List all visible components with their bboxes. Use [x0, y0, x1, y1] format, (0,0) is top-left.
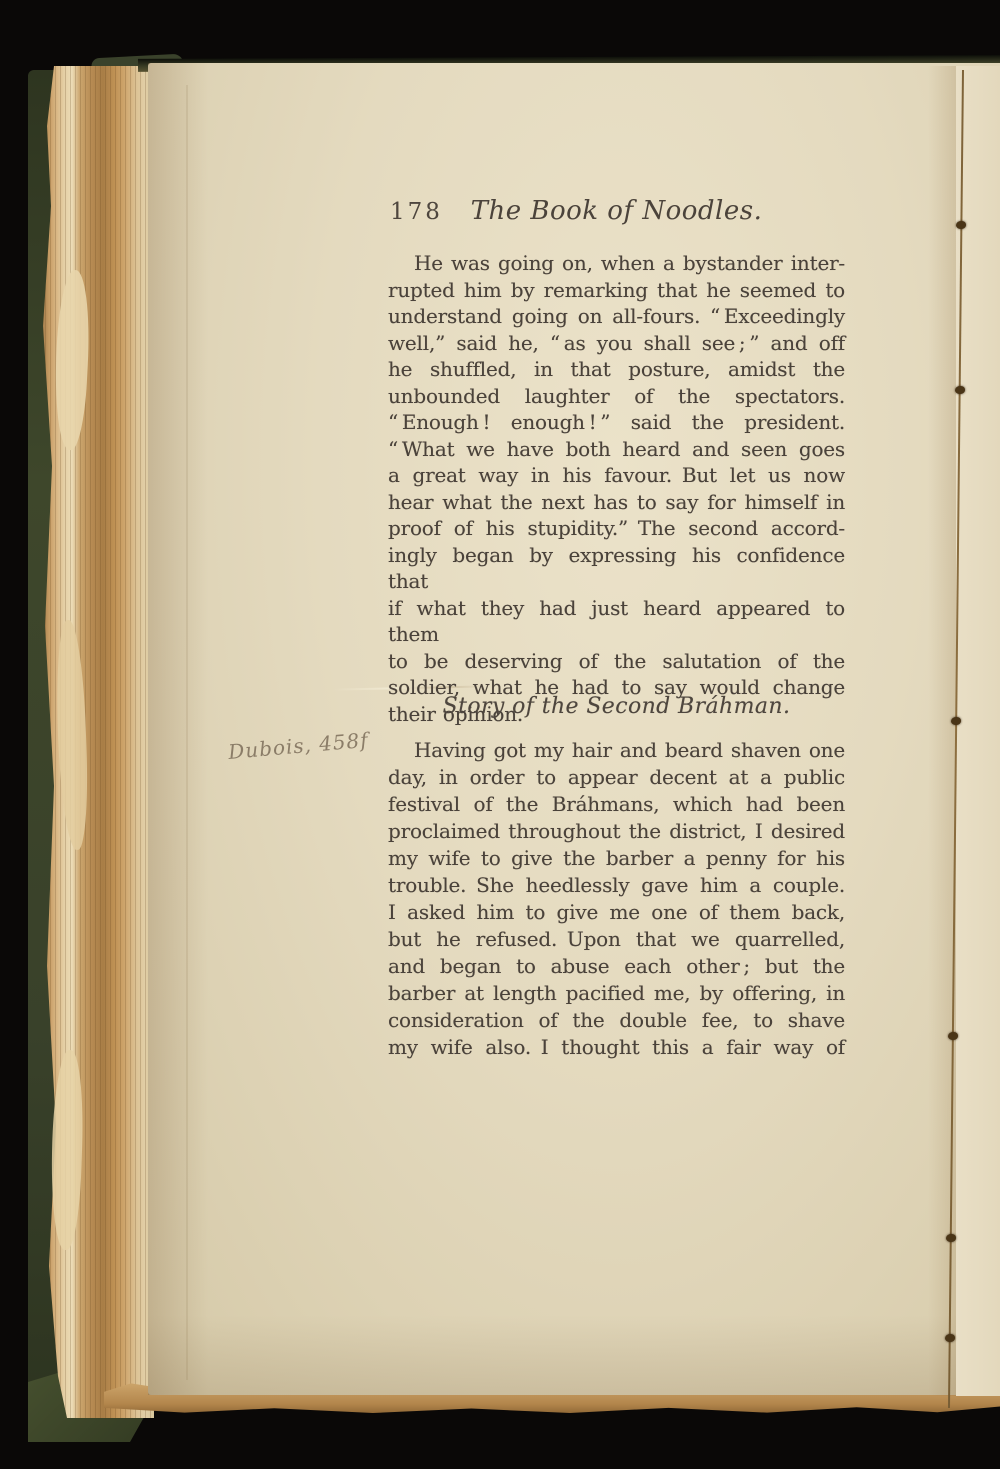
text-line: He was going on, when a bystander inter- — [388, 250, 845, 277]
text-line: understand going on all-fours. “ Exceedi… — [388, 303, 845, 330]
text-line: trouble. She heedlessly gave him a coupl… — [388, 872, 845, 899]
binding-stitch-knot — [946, 1234, 956, 1242]
text-line: to be deserving of the salutation of the — [388, 648, 845, 675]
text-line: hear what the next has to say for himsel… — [388, 489, 845, 516]
text-line: proof of his stupidity.” The second acco… — [388, 515, 845, 542]
scan-background: { "page": { "number": "178", "running_ti… — [0, 0, 1000, 1469]
binding-stitch-knot — [956, 221, 966, 229]
text-line: well,” said he, “ as you shall see ; ” a… — [388, 330, 845, 357]
facing-page-sliver — [956, 66, 1000, 1396]
text-line: rupted him by remarking that he seemed t… — [388, 277, 845, 304]
text-line: Having got my hair and beard shaven one — [388, 737, 845, 764]
text-line: ingly began by expressing his confidence… — [388, 542, 845, 595]
text-line: “ What we have both heard and seen goes — [388, 436, 845, 463]
binding-stitch-knot — [955, 386, 965, 394]
text-line: but he refused. Upon that we quarrelled, — [388, 926, 845, 953]
text-line: proclaimed throughout the district, I de… — [388, 818, 845, 845]
binding-stitch-knot — [948, 1032, 958, 1040]
paragraph-2: Having got my hair and beard shaven one … — [388, 737, 845, 1061]
binding-stitch-knot — [951, 717, 961, 725]
text-line: barber at length pacified me, by offerin… — [388, 980, 845, 1007]
text-line: I asked him to give me one of them back, — [388, 899, 845, 926]
page-bottom-shading — [148, 1315, 1000, 1395]
text-line: consideration of the double fee, to shav… — [388, 1007, 845, 1034]
paragraph-1: He was going on, when a bystander inter-… — [388, 250, 845, 727]
binding-stitch-knot — [945, 1334, 955, 1342]
text-line: a great way in his favour. But let us no… — [388, 462, 845, 489]
text-line: and began to abuse each other ; but the — [388, 953, 845, 980]
text-line: unbounded laughter of the spectators. — [388, 383, 845, 410]
text-line: “ Enough ! enough ! ” said the president… — [388, 409, 845, 436]
text-line: my wife also. I thought this a fair way … — [388, 1034, 845, 1061]
text-line: day, in order to appear decent at a publ… — [388, 764, 845, 791]
text-line: he shuffled, in that posture, amidst the — [388, 356, 845, 383]
page-vertical-crease — [186, 85, 188, 1380]
running-title: The Book of Noodles. — [388, 196, 845, 226]
text-line: if what they had just heard appeared to … — [388, 595, 845, 648]
text-line: my wife to give the barber a penny for h… — [388, 845, 845, 872]
running-header: 178 The Book of Noodles. — [388, 196, 845, 228]
text-line: festival of the Bráhmans, which had been — [388, 791, 845, 818]
page-left-shading — [148, 63, 208, 1395]
section-heading: Story of the Second Bráhman. — [388, 694, 845, 719]
